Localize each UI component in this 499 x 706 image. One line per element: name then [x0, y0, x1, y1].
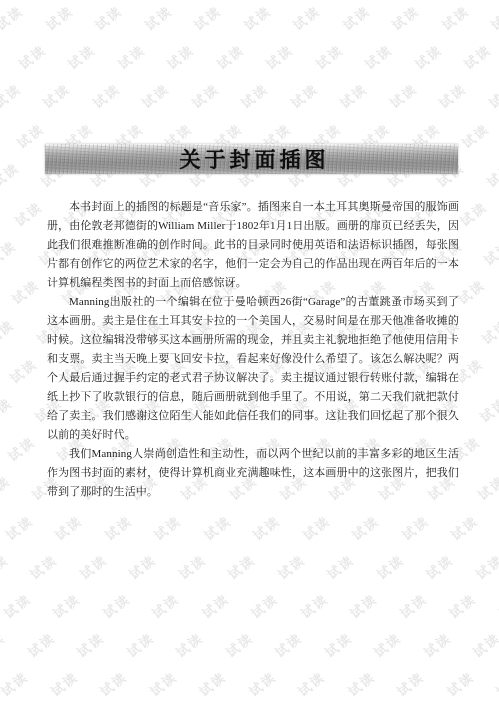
section-title: 关于封面插图	[180, 144, 330, 174]
watermark: 试读	[187, 79, 222, 112]
watermark: 试读	[195, 667, 230, 700]
watermark: 试读	[336, 79, 371, 112]
watermark: 试读	[320, 628, 355, 661]
watermark: 试读	[0, 236, 20, 269]
watermark: 试读	[478, 314, 499, 347]
watermark: 试读	[88, 79, 123, 112]
watermark: 试读	[223, 550, 258, 583]
watermark: 试读	[75, 550, 110, 583]
watermark: 试读	[494, 589, 499, 622]
watermark: 试读	[64, 40, 99, 73]
watermark: 试读	[23, 628, 58, 661]
watermark: 试读	[0, 628, 9, 661]
watermark: 试读	[46, 667, 81, 700]
watermark: 试读	[492, 667, 499, 700]
watermark: 试读	[147, 589, 182, 622]
watermark: 试读	[221, 628, 256, 661]
watermark: 试读	[484, 79, 499, 112]
watermark: 试读	[48, 589, 83, 622]
paragraph: 本书封面上的插图的标题是“音乐家”。插图来自一本土耳其奥斯曼帝国的服饰画册，由伦…	[47, 198, 459, 293]
watermark: 试读	[150, 510, 185, 543]
watermark: 试读	[73, 628, 108, 661]
watermark: 试读	[0, 314, 18, 347]
watermark: 试读	[1, 510, 36, 543]
watermark: 试读	[372, 550, 407, 583]
watermark: 试读	[98, 589, 133, 622]
watermark: 试读	[385, 79, 420, 112]
watermark: 试读	[458, 118, 493, 151]
watermark: 试读	[0, 79, 24, 112]
watermark: 试读	[444, 589, 479, 622]
watermark: 试读	[8, 275, 43, 308]
watermark: 试读	[239, 1, 274, 34]
watermark: 试读	[473, 471, 499, 504]
watermark: 试读	[25, 550, 60, 583]
watermark: 试读	[0, 589, 34, 622]
watermark: 试读	[370, 628, 405, 661]
watermark: 试读	[311, 40, 346, 73]
watermark: 试读	[397, 510, 432, 543]
watermark: 试读	[0, 158, 22, 191]
watermark: 试读	[395, 589, 430, 622]
watermark: 试读	[51, 510, 86, 543]
page: 试读试读试读试读试读试读试读试读试读试读试读试读试读试读试读试读试读试读试读试读…	[0, 0, 499, 706]
watermark: 试读	[460, 40, 495, 73]
watermark: 试读	[163, 40, 198, 73]
watermark: 试读	[237, 79, 272, 112]
watermark: 试读	[96, 667, 131, 700]
watermark: 试读	[410, 40, 445, 73]
watermark: 试读	[0, 393, 16, 426]
watermark: 试读	[437, 1, 472, 34]
watermark: 试读	[10, 197, 45, 230]
watermark: 试读	[271, 628, 306, 661]
watermark: 试读	[338, 1, 373, 34]
watermark: 试读	[0, 471, 13, 504]
watermark: 试读	[14, 40, 49, 73]
paragraph: Manning出版社的一个编辑在位于曼哈顿西26街“Garage”的古董跳蚤市场…	[47, 293, 459, 445]
watermark: 试读	[480, 236, 499, 269]
watermark: 试读	[12, 118, 47, 151]
watermark: 试读	[262, 40, 297, 73]
watermark: 试读	[455, 197, 490, 230]
paragraph: 我们Manning人崇尚创造性和主动性，而以两个世纪以前的丰富多彩的地区生活作为…	[47, 445, 459, 502]
watermark: 试读	[419, 628, 454, 661]
watermark: 试读	[244, 667, 279, 700]
watermark: 试读	[475, 393, 499, 426]
watermark: 试读	[212, 40, 247, 73]
watermark: 试读	[0, 1, 27, 34]
watermark: 试读	[199, 510, 234, 543]
watermark: 试读	[124, 550, 159, 583]
watermark: 试读	[345, 589, 380, 622]
watermark: 试读	[421, 550, 456, 583]
watermark: 试读	[0, 667, 32, 700]
watermark: 试读	[0, 550, 11, 583]
watermark: 试读	[296, 589, 331, 622]
watermark: 试读	[361, 40, 396, 73]
watermark: 试读	[486, 1, 499, 34]
watermark: 试读	[5, 354, 40, 387]
watermark: 试读	[41, 1, 76, 34]
watermark: 试读	[39, 79, 74, 112]
watermark: 试读	[343, 667, 378, 700]
watermark: 试读	[294, 667, 329, 700]
watermark: 试读	[288, 1, 323, 34]
watermark: 试读	[113, 40, 148, 73]
watermark: 试读	[322, 550, 357, 583]
watermark: 试读	[447, 510, 482, 543]
watermark: 试读	[442, 667, 477, 700]
watermark: 试读	[471, 550, 499, 583]
watermark: 试读	[122, 628, 157, 661]
article: 本书封面上的插图的标题是“音乐家”。插图来自一本土耳其奥斯曼帝国的服饰画册，由伦…	[47, 198, 459, 502]
watermark: 试读	[174, 550, 209, 583]
watermark: 试读	[348, 510, 383, 543]
section-title-banner: 关于封面插图	[45, 144, 458, 174]
watermark: 试读	[172, 628, 207, 661]
watermark: 试读	[140, 1, 175, 34]
watermark: 试读	[100, 510, 135, 543]
watermark: 试读	[249, 510, 284, 543]
watermark: 试读	[482, 158, 499, 191]
watermark: 试读	[435, 79, 470, 112]
watermark: 试读	[393, 667, 428, 700]
watermark: 试读	[273, 550, 308, 583]
watermark: 试读	[286, 79, 321, 112]
watermark: 试读	[197, 589, 232, 622]
watermark: 试读	[298, 510, 333, 543]
watermark: 试读	[138, 79, 173, 112]
watermark: 试读	[387, 1, 422, 34]
watermark: 试读	[145, 667, 180, 700]
watermark: 试读	[3, 432, 38, 465]
watermark: 试读	[469, 628, 499, 661]
watermark: 试读	[246, 589, 281, 622]
watermark: 试读	[189, 1, 224, 34]
watermark: 试读	[90, 1, 125, 34]
